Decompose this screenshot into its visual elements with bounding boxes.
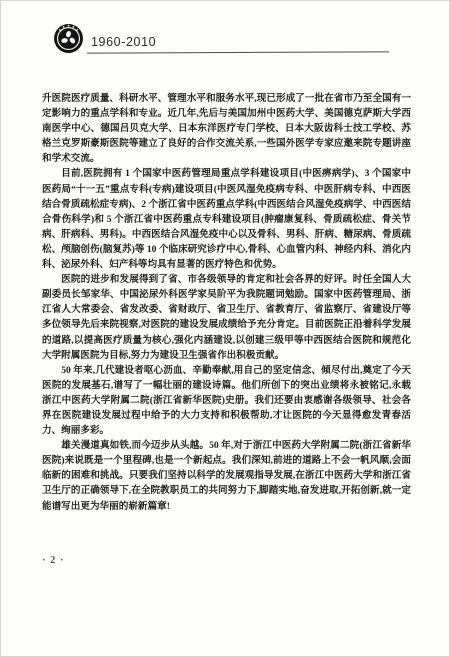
body-paragraph-5: 雄关漫道真如铁,而今迈步从头越。50 年,对于浙江中医药大学附属二院(浙江省新华…: [42, 438, 411, 513]
anniversary-logo-icon: [53, 23, 84, 54]
body-paragraph-2: 目前,医院拥有 1 个国家中医药管理局重点学科建设项目(中医痹病学)、3 个国家…: [42, 166, 411, 272]
body-paragraph-3: 医院的进步和发展得到了省、市各级领导的肯定和社会各界的好评。时任全国人大副委员长…: [42, 272, 411, 363]
scanned-book-page: 1960-2010 升医院医疗质量、科研水平、管理水平和服务水平,现已形成了一批…: [0, 0, 450, 657]
header-year-range: 1960-2010: [91, 35, 156, 49]
body-paragraph-4: 50 年来,几代建设者呕心沥血、辛勤奉献,用自己的坚定信念、倾尽付出,奠定了今天…: [42, 363, 411, 438]
body-paragraph-1: 升医院医疗质量、科研水平、管理水平和服务水平,现已形成了一批在省市乃至全国有一定…: [42, 91, 411, 166]
page-number: · 2 ·: [42, 555, 65, 566]
page-body-text: 升医院医疗质量、科研水平、管理水平和服务水平,现已形成了一批在省市乃至全国有一定…: [42, 91, 411, 514]
header-divider: [87, 51, 389, 54]
